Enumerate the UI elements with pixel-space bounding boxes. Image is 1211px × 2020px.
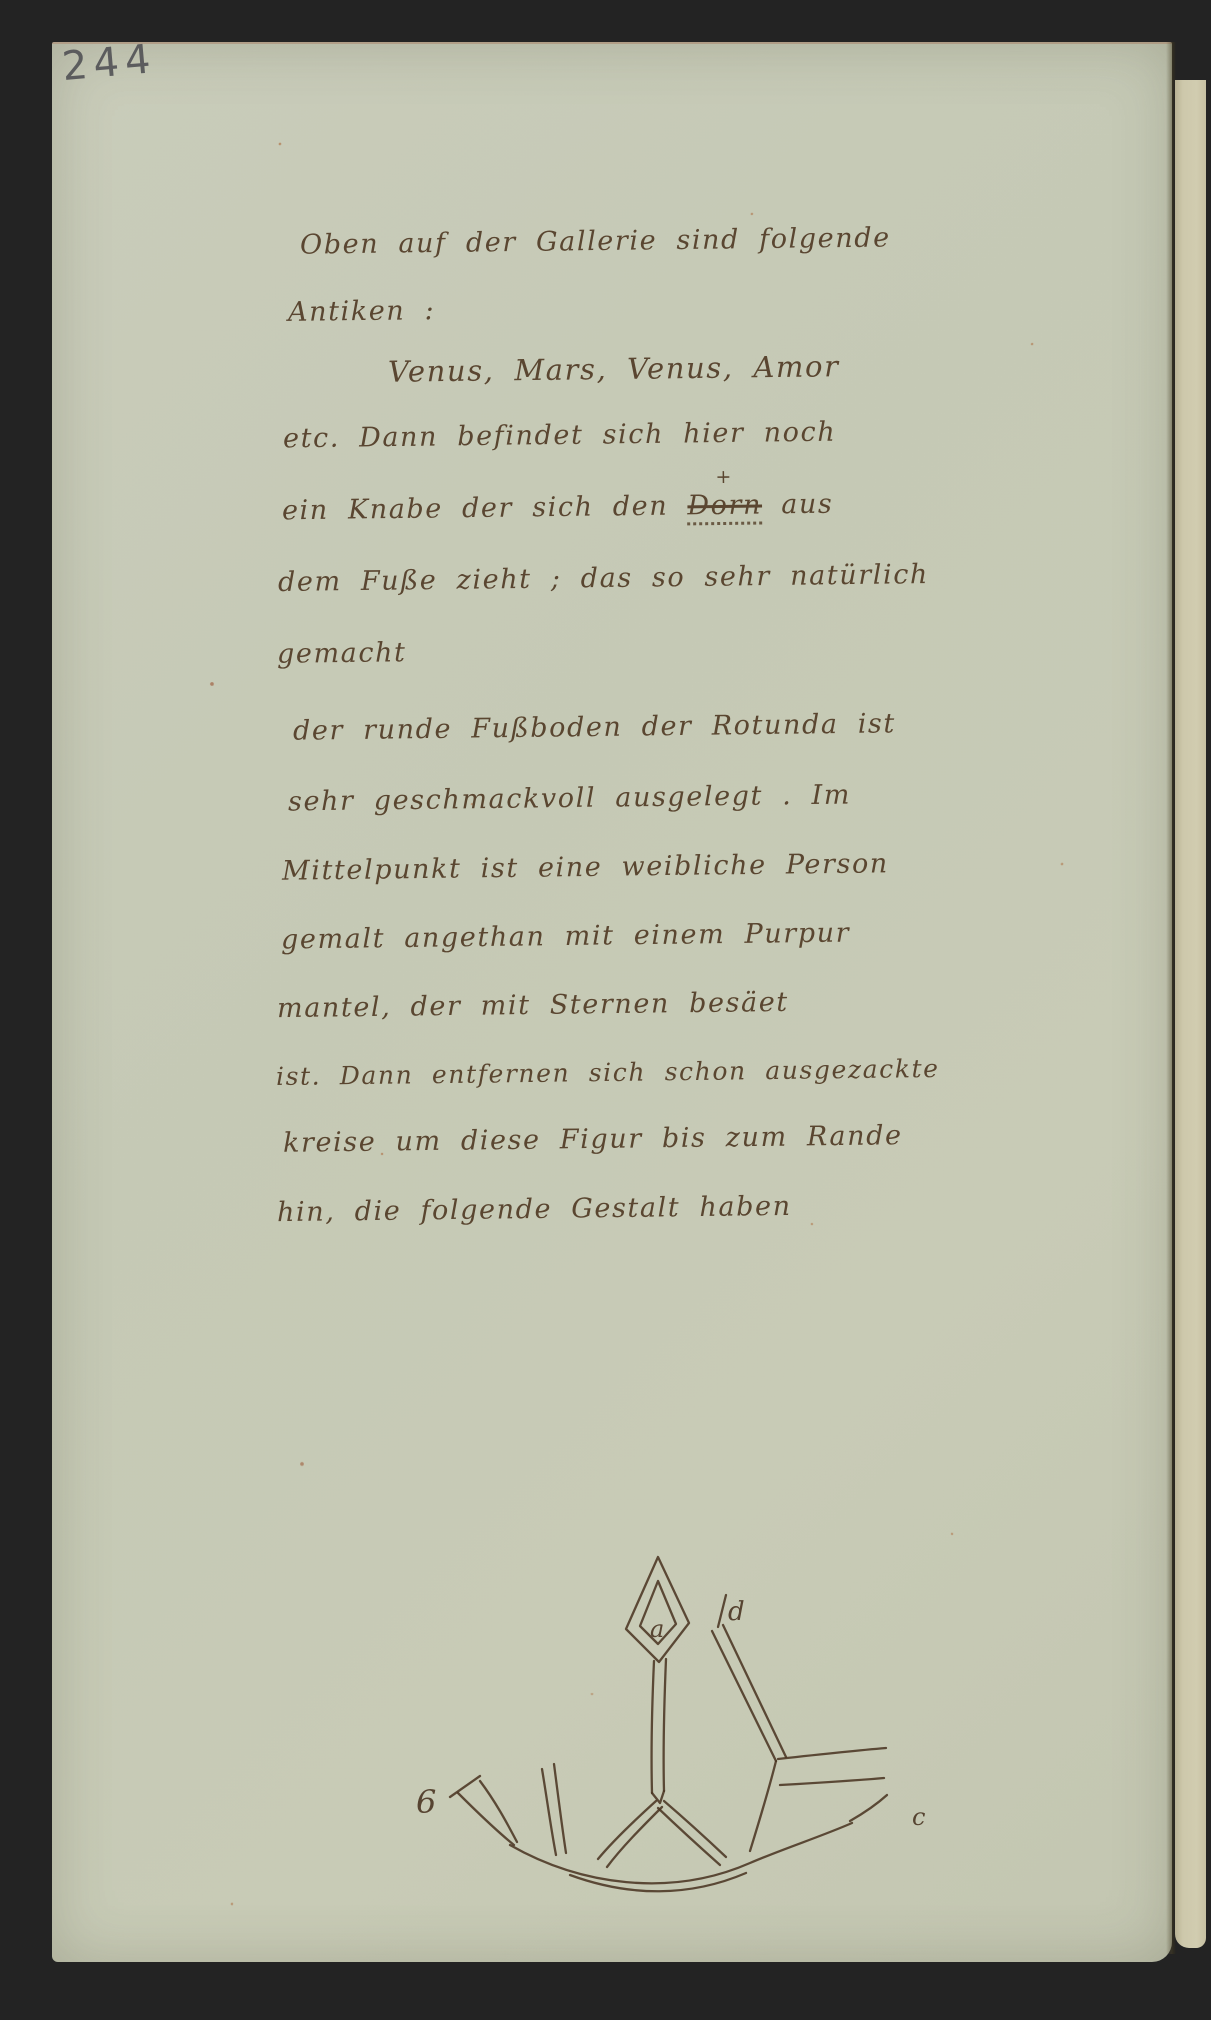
left-tick [450, 1776, 480, 1797]
manuscript-line-15: hin, die folgende Gestalt haben [277, 1191, 792, 1228]
right-leg-b [658, 1808, 720, 1865]
bottom-arc [510, 1823, 852, 1883]
sketch-label-b: 6 [416, 1783, 436, 1821]
line-5-post: aus [762, 489, 834, 521]
d-tick [718, 1595, 726, 1627]
left-spoke-a [554, 1764, 566, 1853]
left-spoke-b [542, 1769, 556, 1855]
manuscript-line-5: ein Knabe der sich den Dorn+ aus [282, 489, 834, 531]
floor-pattern-sketch: a d 6 c [330, 1545, 930, 1965]
manuscript-scan: 244 Oben auf der Gallerie sind folgende … [0, 0, 1211, 2020]
folio-number: 244 [60, 36, 158, 90]
manuscript-line-2: Antiken : [288, 295, 436, 328]
left-leg-b [607, 1807, 662, 1867]
hub-join [652, 1791, 664, 1803]
struck-word: Dorn+ [687, 490, 762, 526]
stem-left [652, 1661, 654, 1793]
ray-to-rim [750, 1761, 776, 1851]
insertion-mark: + [715, 466, 733, 488]
stem-right [664, 1659, 666, 1791]
manuscript-line-12: mantel, der mit Sternen besäet [277, 987, 789, 1024]
sketch-label-c: c [912, 1803, 925, 1831]
lozenge-outer [626, 1557, 689, 1662]
next-page-edge [1175, 80, 1206, 1948]
sketch-label-d: d [728, 1597, 745, 1627]
struck-word-text: Dorn [687, 490, 762, 522]
manuscript-line-3: Venus, Mars, Venus, Amor [388, 349, 840, 389]
d-ray-b [723, 1625, 786, 1757]
right-rim [850, 1795, 887, 1821]
right-line-a [778, 1748, 886, 1759]
sketch-label-a: a [650, 1615, 664, 1643]
d-ray-a [712, 1631, 776, 1761]
line-5-pre: ein Knabe der sich den [282, 490, 688, 526]
right-line-b [780, 1778, 884, 1785]
manuscript-line-7: gemacht [277, 637, 407, 670]
left-leg-a [598, 1801, 656, 1859]
right-leg-a [664, 1801, 726, 1857]
